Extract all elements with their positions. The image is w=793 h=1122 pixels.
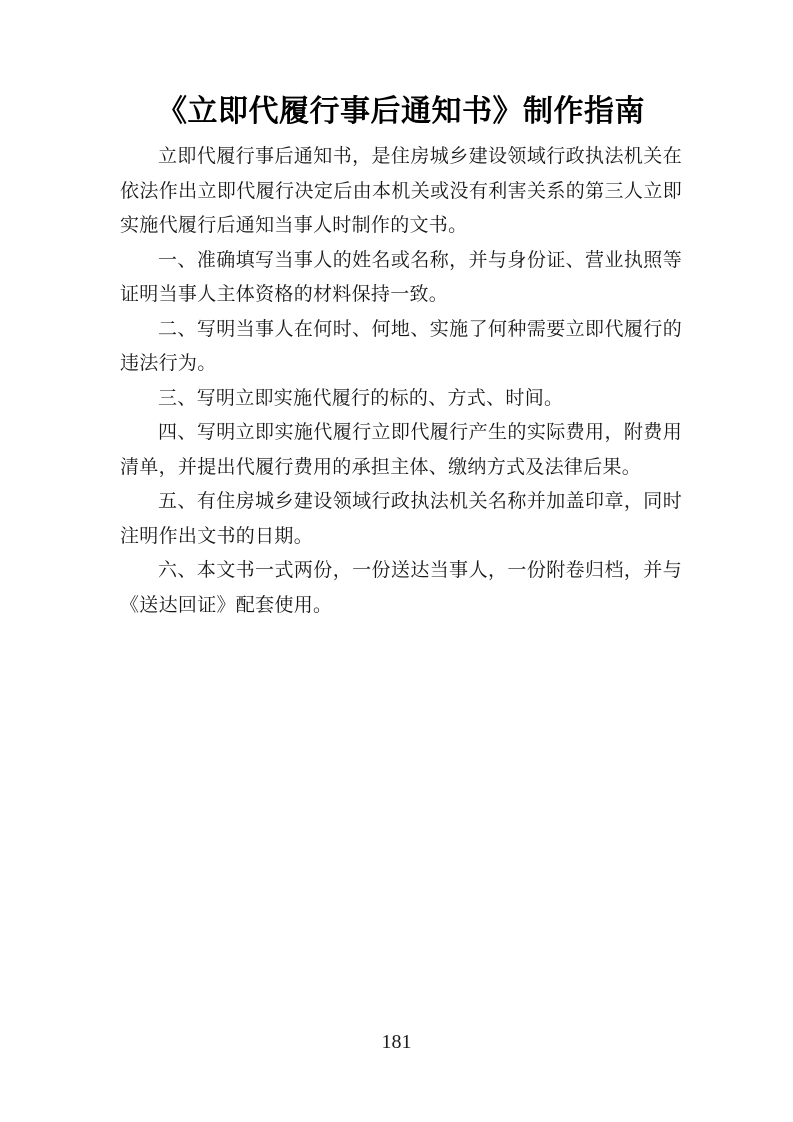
document-page: 《立即代履行事后通知书》制作指南 立即代履行事后通知书，是住房城乡建设领域行政执…	[0, 0, 793, 1122]
paragraph-item-1: 一、准确填写当事人的姓名或名称，并与身份证、营业执照等证明当事人主体资格的材料保…	[120, 244, 682, 313]
paragraph-item-5: 五、有住房城乡建设领域行政执法机关名称并加盖印章，同时注明作出文书的日期。	[120, 485, 682, 554]
page-number: 181	[0, 1030, 793, 1054]
paragraph-item-3: 三、写明立即实施代履行的标的、方式、时间。	[120, 382, 682, 417]
paragraph-item-6: 六、本文书一式两份，一份送达当事人，一份附卷归档，并与《送达回证》配套使用。	[120, 554, 682, 623]
paragraph-item-2: 二、写明当事人在何时、何地、实施了何种需要立即代履行的违法行为。	[120, 313, 682, 382]
document-content: 《立即代履行事后通知书》制作指南 立即代履行事后通知书，是住房城乡建设领域行政执…	[120, 94, 682, 623]
paragraph-intro: 立即代履行事后通知书，是住房城乡建设领域行政执法机关在依法作出立即代履行决定后由…	[120, 140, 682, 244]
paragraph-item-4: 四、写明立即实施代履行立即代履行产生的实际费用，附费用清单，并提出代履行费用的承…	[120, 416, 682, 485]
page-title: 《立即代履行事后通知书》制作指南	[120, 94, 682, 130]
